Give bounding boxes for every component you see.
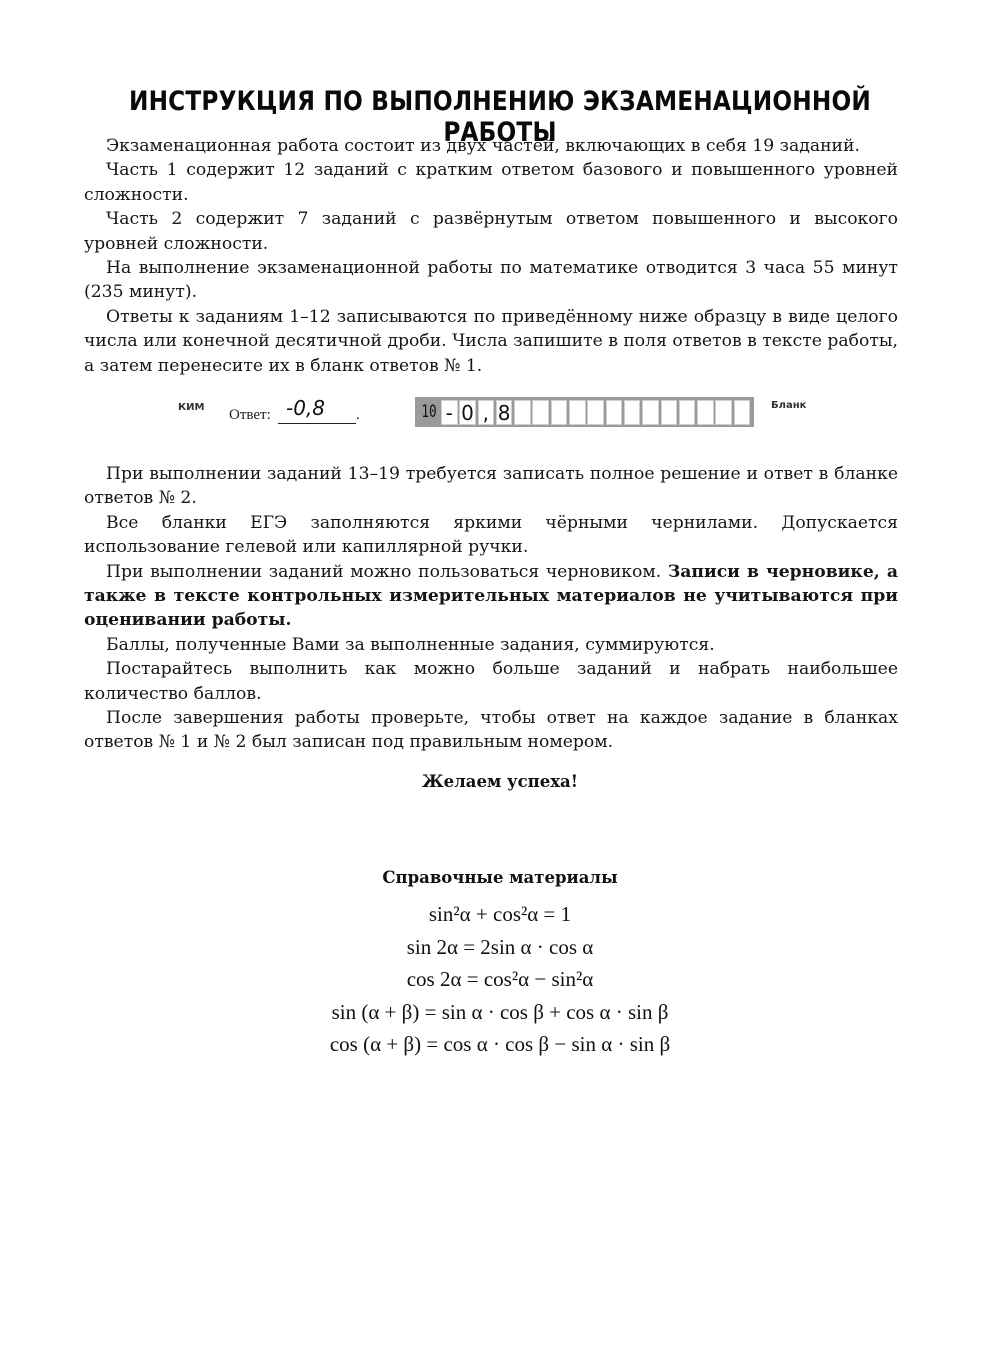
paragraph: На выполнение экзаменационной работы по … (84, 256, 898, 305)
blank-cell (642, 400, 659, 425)
formula: sin (α + β) = sin α · cos β + cos α · si… (0, 996, 1000, 1029)
formula: cos (α + β) = cos α · cos β − sin α · si… (0, 1028, 1000, 1061)
blank-cell (624, 400, 641, 425)
closing-wish: Желаем успеха! (0, 772, 1000, 791)
blank-cell (569, 400, 586, 425)
answer-blank-strip: 10 - 0 , 8 (415, 397, 754, 427)
reference-title: Справочные материалы (0, 868, 1000, 887)
answer-value: -0,8 (278, 396, 356, 424)
formula: cos 2α = cos²α − sin²α (0, 963, 1000, 996)
paragraph: Все бланки ЕГЭ заполняются яркими чёрным… (84, 511, 898, 560)
answer-label: Ответ: (229, 407, 271, 424)
paragraph: При выполнении заданий 13–19 требуется з… (84, 462, 898, 511)
paragraph: Баллы, полученные Вами за выполненные за… (84, 633, 898, 657)
blank-cell (606, 400, 623, 425)
blank-label: Бланк (771, 400, 806, 411)
blank-cell: , (478, 400, 495, 425)
blank-cell (661, 400, 678, 425)
paragraph: Экзаменационная работа состоит из двух ч… (84, 134, 898, 158)
blank-cell: - (441, 400, 458, 425)
paragraph: После завершения работы проверьте, чтобы… (84, 706, 898, 755)
blank-cell (734, 400, 751, 425)
blank-task-number: 10 (420, 402, 438, 422)
paragraph: Часть 1 содержит 12 заданий с кратким от… (84, 158, 898, 207)
formula: sin 2α = 2sin α · cos α (0, 931, 1000, 964)
paragraph: Часть 2 содержит 7 заданий с развёрнутым… (84, 207, 898, 256)
paragraph: При выполнении заданий можно пользоватьс… (84, 560, 898, 633)
blank-cell (679, 400, 696, 425)
paragraph-regular-part: При выполнении заданий можно пользоватьс… (106, 562, 668, 582)
instructions-top: Экзаменационная работа состоит из двух ч… (84, 134, 898, 378)
blank-cell (551, 400, 568, 425)
blank-cell (532, 400, 549, 425)
answer-end: . (356, 407, 360, 424)
reference-formulas: sin²α + cos²α = 1 sin 2α = 2sin α · cos … (0, 898, 1000, 1061)
blank-cell: 0 (459, 400, 476, 425)
blank-cell: 8 (496, 400, 513, 425)
kim-label: КИМ (178, 402, 205, 413)
blank-cell (587, 400, 604, 425)
paragraph: Ответы к заданиям 1–12 записываются по п… (84, 305, 898, 378)
blank-cell (514, 400, 531, 425)
paragraph: Постарайтесь выполнить как можно больше … (84, 657, 898, 706)
exam-instruction-page: ИНСТРУКЦИЯ ПО ВЫПОЛНЕНИЮ ЭКЗАМЕНАЦИОННОЙ… (0, 0, 1000, 1349)
blank-cell (697, 400, 714, 425)
formula: sin²α + cos²α = 1 (0, 898, 1000, 931)
answer-sample: КИМ Ответ: -0,8 . 10 - 0 , 8 Бланк (0, 390, 1000, 440)
instructions-bottom: При выполнении заданий 13–19 требуется з… (84, 462, 898, 755)
blank-cell (715, 400, 732, 425)
